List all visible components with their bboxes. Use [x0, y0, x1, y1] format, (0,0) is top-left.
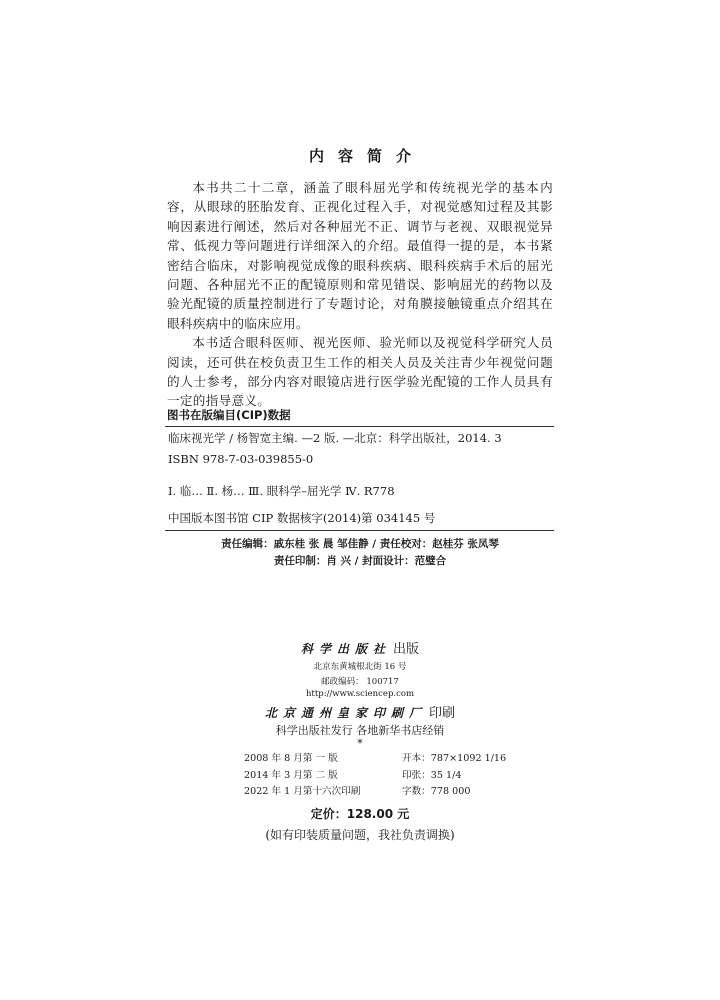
cip-classification: Ⅰ. 临… Ⅱ. 杨… Ⅲ. 眼科学–屈光学 Ⅳ. R778: [168, 483, 395, 499]
edition-table: 2008 年 8 月第 一 版开本：787×1092 1/16 2014 年 3…: [244, 751, 506, 801]
publisher-url: http://www.sciencep.com: [0, 689, 720, 699]
page-title: 内容简介: [0, 145, 720, 166]
publisher-suffix: 出版: [393, 642, 419, 657]
printer-line: 北京通州皇家印刷厂印刷: [0, 702, 720, 721]
content-summary: 本书共二十二章，涵盖了眼科屈光学和传统视光学的基本内容，从眼球的胚胎发育、正视化…: [167, 178, 553, 411]
printer-logo: 北京通州皇家印刷厂: [265, 706, 427, 720]
edition-row: 2014 年 3 月第 二 版印张：35 1/4: [244, 768, 506, 785]
publisher-logo: 科学出版社: [301, 642, 391, 656]
publisher-address: 北京东黄城根北街 16 号: [0, 660, 720, 672]
separator-star: *: [0, 737, 720, 750]
publisher-line: 科学出版社出版: [0, 638, 720, 657]
cip-top-rule: [165, 426, 554, 427]
credits-production: 责任印制：肖 兴 / 封面设计：范璧合: [0, 553, 720, 570]
credits-editors: 责任编辑：戚东桂 张 晨 邹佳静 / 责任校对：赵桂芬 张凤琴: [0, 536, 720, 553]
credits: 责任编辑：戚东桂 张 晨 邹佳静 / 责任校对：赵桂芬 张凤琴 责任印制：肖 兴…: [0, 536, 720, 570]
summary-paragraph-1: 本书共二十二章，涵盖了眼科屈光学和传统视光学的基本内容，从眼球的胚胎发育、正视化…: [167, 178, 553, 333]
cip-bottom-rule: [165, 530, 554, 531]
edition-row: 2008 年 8 月第 一 版开本：787×1092 1/16: [244, 751, 506, 768]
price: 定价：128.00 元: [0, 805, 720, 822]
cip-isbn: ISBN 978-7-03-039855-0: [168, 452, 313, 466]
cip-title-line: 临床视光学 / 杨智宽主编. —2 版. —北京：科学出版社，2014. 3: [168, 430, 502, 446]
publisher-postcode: 邮政编码： 100717: [0, 675, 720, 687]
edition-row: 2022 年 1 月第十六次印刷字数：778 000: [244, 784, 506, 801]
summary-paragraph-2: 本书适合眼科医师、视光医师、验光师以及视觉科学研究人员阅读，还可供在校负责卫生工…: [167, 333, 553, 411]
quality-notice: (如有印装质量问题，我社负责调换): [0, 826, 720, 843]
cip-heading: 图书在版编目(CIP)数据: [167, 407, 291, 423]
printer-suffix: 印刷: [429, 706, 455, 721]
cip-record-number: 中国版本图书馆 CIP 数据核字(2014)第 034145 号: [168, 510, 435, 526]
distribution: 科学出版社发行 各地新华书店经销: [0, 722, 720, 738]
